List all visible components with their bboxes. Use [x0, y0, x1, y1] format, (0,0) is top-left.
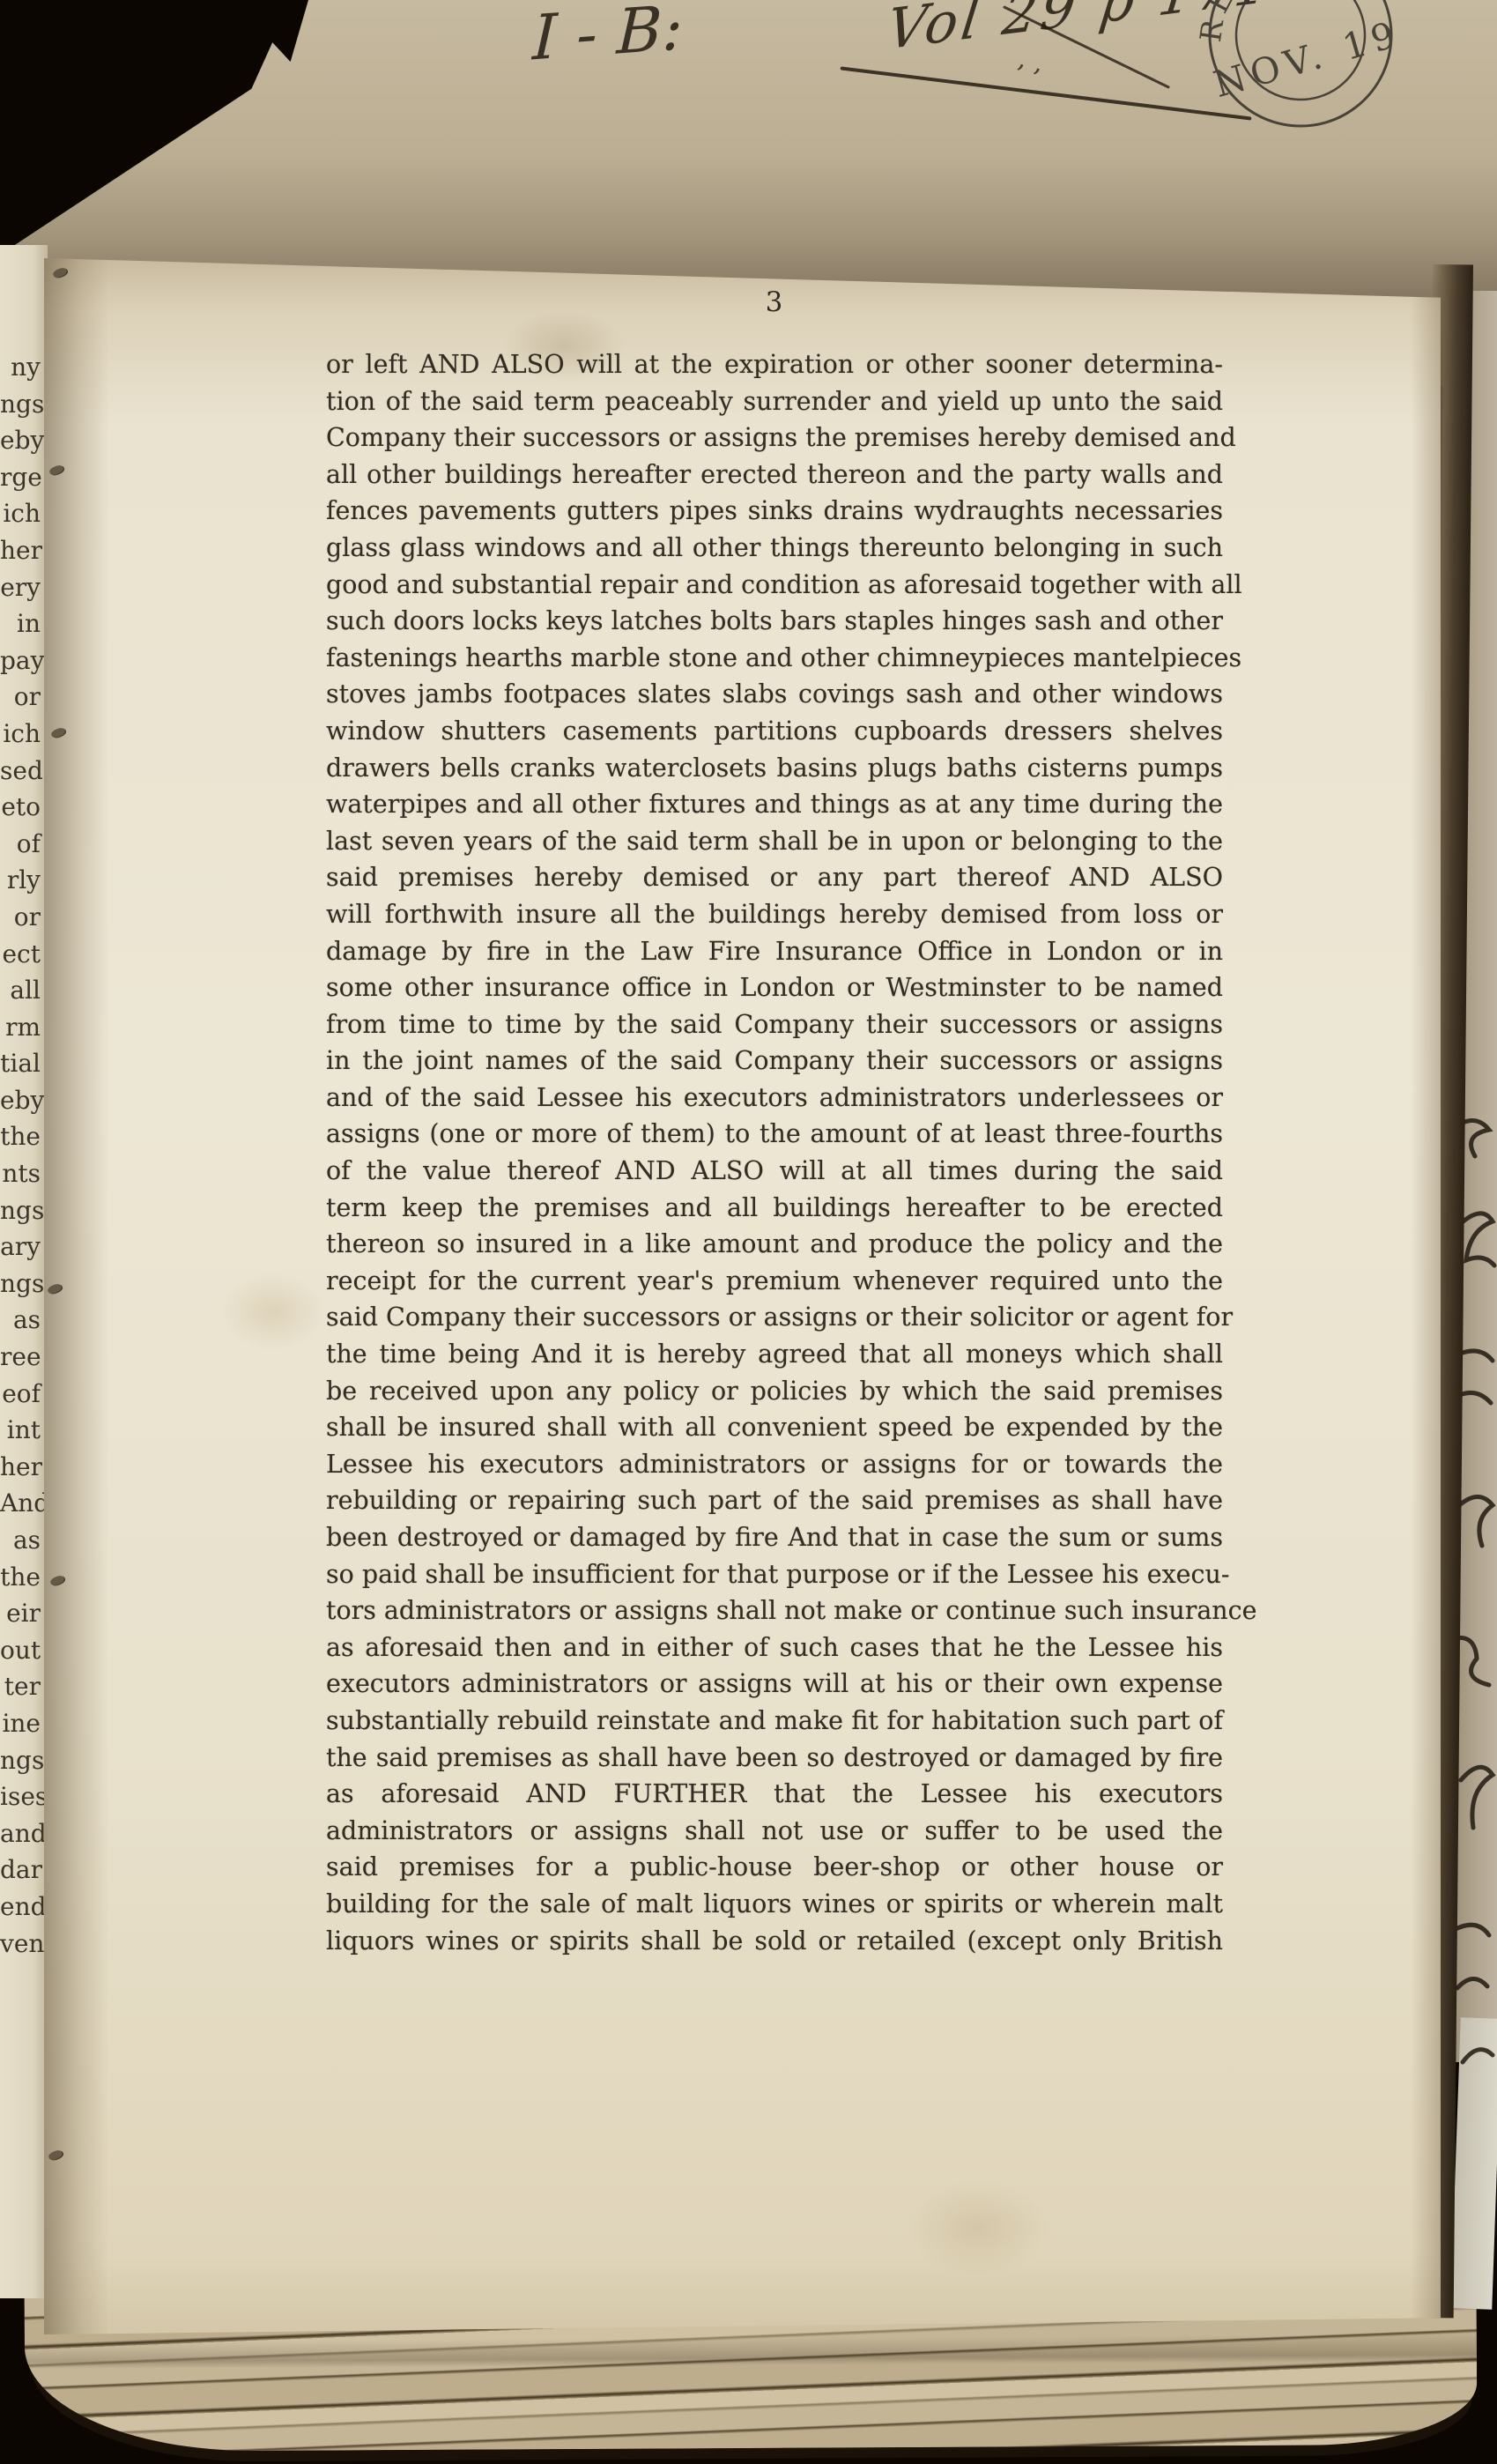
line-ending-fragment: her	[0, 532, 41, 569]
line-ending-fragment: of	[0, 826, 41, 863]
text-line: as aforesaid then and in either of such …	[326, 1629, 1223, 1666]
line-ending-fragment: rm	[0, 1009, 41, 1046]
line-ending-fragment: dar	[0, 1852, 41, 1889]
text-line: building for the sale of malt liquors wi…	[326, 1886, 1223, 1923]
text-line: be received upon any policy or policies …	[326, 1373, 1223, 1410]
text-line: Company their successors or assigns the …	[326, 419, 1223, 456]
line-ending-fragment: eto	[0, 789, 41, 826]
line-ending-fragment: the	[0, 1559, 41, 1596]
line-ending-fragment: ree	[0, 1339, 41, 1376]
line-ending-fragment: ary	[0, 1228, 41, 1265]
text-line: of the value thereof AND ALSO will at al…	[326, 1153, 1223, 1190]
line-ending-fragment: sed	[0, 753, 41, 790]
text-line: term keep the premises and all buildings…	[326, 1190, 1223, 1227]
text-line: the time being And it is hereby agreed t…	[326, 1336, 1223, 1373]
paper-stain	[220, 1272, 326, 1351]
line-ending-fragment: as	[0, 1302, 41, 1339]
line-ending-fragment: in	[0, 605, 41, 642]
text-line: been destroyed or damaged by fire And th…	[326, 1519, 1223, 1556]
text-line: the said premises as shall have been so …	[326, 1740, 1223, 1777]
text-line: thereon so insured in a like amount and …	[326, 1226, 1223, 1263]
paper-stain	[908, 2179, 1049, 2276]
shelf-mark-handwriting: I - B:	[531, 0, 684, 74]
received-date-stamp: RECEIVED NOV. 19	[1172, 0, 1429, 164]
text-line: last seven years of the said term shall …	[326, 823, 1223, 860]
text-line: waterpipes and all other fixtures and th…	[326, 786, 1223, 823]
line-ending-fragment: pay	[0, 642, 41, 679]
text-line: fences pavements gutters pipes sinks dra…	[326, 493, 1223, 530]
text-line: Lessee his executors administrators or a…	[326, 1446, 1223, 1483]
text-line: administrators or assigns shall not use …	[326, 1813, 1223, 1850]
line-ending-fragment: and	[0, 1815, 41, 1852]
text-line: in the joint names of the said Company t…	[326, 1043, 1223, 1080]
text-line: window shutters casements partitions cup…	[326, 713, 1223, 750]
text-line: from time to time by the said Company th…	[326, 1006, 1223, 1043]
pen-strike-line	[841, 66, 1252, 120]
text-line: rebuilding or repairing such part of the…	[326, 1482, 1223, 1519]
line-ending-fragment: ich	[0, 716, 41, 753]
line-ending-fragment: ises	[0, 1778, 41, 1815]
line-ending-fragment: nts	[0, 1155, 41, 1192]
page-right-shade	[1411, 258, 1441, 2334]
line-ending-fragment: ngs	[0, 1265, 41, 1303]
line-ending-fragment: eof	[0, 1376, 41, 1413]
text-line: tion of the said term peaceably surrende…	[326, 383, 1223, 420]
line-ending-fragment: eby	[0, 1082, 41, 1119]
line-ending-fragment: ngs	[0, 386, 41, 423]
text-line: damage by fire in the Law Fire Insurance…	[326, 933, 1223, 970]
line-ending-fragment: int	[0, 1412, 41, 1449]
line-ending-fragment: ngs	[0, 1742, 41, 1779]
line-ending-fragment: or	[0, 899, 41, 936]
stamp-date-text: NOV. 19	[1209, 12, 1405, 106]
text-line: executors administrators or assigns will…	[326, 1666, 1223, 1703]
line-ending-fragment: ich	[0, 495, 41, 532]
text-line: substantially rebuild reinstate and make…	[326, 1703, 1223, 1740]
line-ending-fragment: ter	[0, 1668, 41, 1705]
text-line: shall be insured shall with all convenie…	[326, 1409, 1223, 1446]
line-ending-fragment: all	[0, 972, 41, 1009]
text-line: good and substantial repair and conditio…	[326, 567, 1223, 604]
text-line: fastenings hearths marble stone and othe…	[326, 640, 1223, 677]
text-line: such doors locks keys latches bolts bars…	[326, 603, 1223, 640]
text-line: will forthwith insure all the buildings …	[326, 896, 1223, 933]
text-line: said premises hereby demised or any part…	[326, 859, 1223, 896]
photographed-book-page: I - B: Vol 29 p 171 , , RECEIVED NOV. 19	[0, 0, 1497, 2464]
text-line: said Company their successors or assigns…	[326, 1299, 1223, 1336]
text-line: all other buildings hereafter erected th…	[326, 456, 1223, 494]
line-ending-fragment: eby	[0, 422, 41, 459]
text-line: and of the said Lessee his executors adm…	[326, 1080, 1223, 1117]
text-line: some other insurance office in London or…	[326, 969, 1223, 1006]
line-ending-fragment: the	[0, 1118, 41, 1155]
line-ending-fragment: ny	[0, 349, 41, 386]
line-ending-fragment: ery	[0, 569, 41, 606]
ink-dots: , ,	[1015, 43, 1047, 79]
text-line: stoves jambs footpaces slates slabs covi…	[326, 676, 1223, 713]
line-ending-fragment: And	[0, 1485, 41, 1522]
document-page: 3 or left AND ALSO will at the expiratio…	[44, 258, 1441, 2334]
line-ending-fragment: ngs	[0, 1192, 41, 1229]
line-ending-fragment: tial	[0, 1045, 41, 1082]
text-line: as aforesaid AND FURTHER that the Lessee…	[326, 1776, 1223, 1813]
text-line: or left AND ALSO will at the expiration …	[326, 346, 1223, 383]
line-ending-fragment: ect	[0, 936, 41, 973]
text-line: drawers bells cranks waterclosets basins…	[326, 750, 1223, 787]
line-ending-fragment: ine	[0, 1705, 41, 1742]
body-text: or left AND ALSO will at the expiration …	[326, 346, 1223, 1959]
line-ending-fragment: eir	[0, 1595, 41, 1632]
page-number: 3	[326, 286, 1223, 318]
text-line: said premises for a public-house beer-sh…	[326, 1849, 1223, 1886]
text-line: so paid shall be insufficient for that p…	[326, 1556, 1223, 1593]
line-ending-fragment: out	[0, 1632, 41, 1669]
line-ending-fragment: her	[0, 1449, 41, 1486]
line-ending-fragment: rge	[0, 459, 41, 496]
text-line: tors administrators or assigns shall not…	[326, 1592, 1223, 1629]
line-ending-fragment: rly	[0, 862, 41, 899]
line-ending-fragment: or	[0, 679, 41, 716]
crease-shadow	[44, 258, 109, 2334]
text-line: receipt for the current year's premium w…	[326, 1263, 1223, 1300]
text-line: liquors wines or spirits shall be sold o…	[326, 1923, 1223, 1960]
previous-page-line-endings: nyngsebyrgeichhereryinpayorichsedetoofrl…	[0, 349, 41, 1962]
previous-page-sliver: nyngsebyrgeichhereryinpayorichsedetoofrl…	[0, 245, 48, 2298]
text-line: assigns (one or more of them) to the amo…	[326, 1116, 1223, 1153]
text-line: glass glass windows and all other things…	[326, 530, 1223, 567]
line-ending-fragment: end	[0, 1889, 41, 1926]
line-ending-fragment: ven	[0, 1926, 41, 1963]
line-ending-fragment: as	[0, 1522, 41, 1559]
